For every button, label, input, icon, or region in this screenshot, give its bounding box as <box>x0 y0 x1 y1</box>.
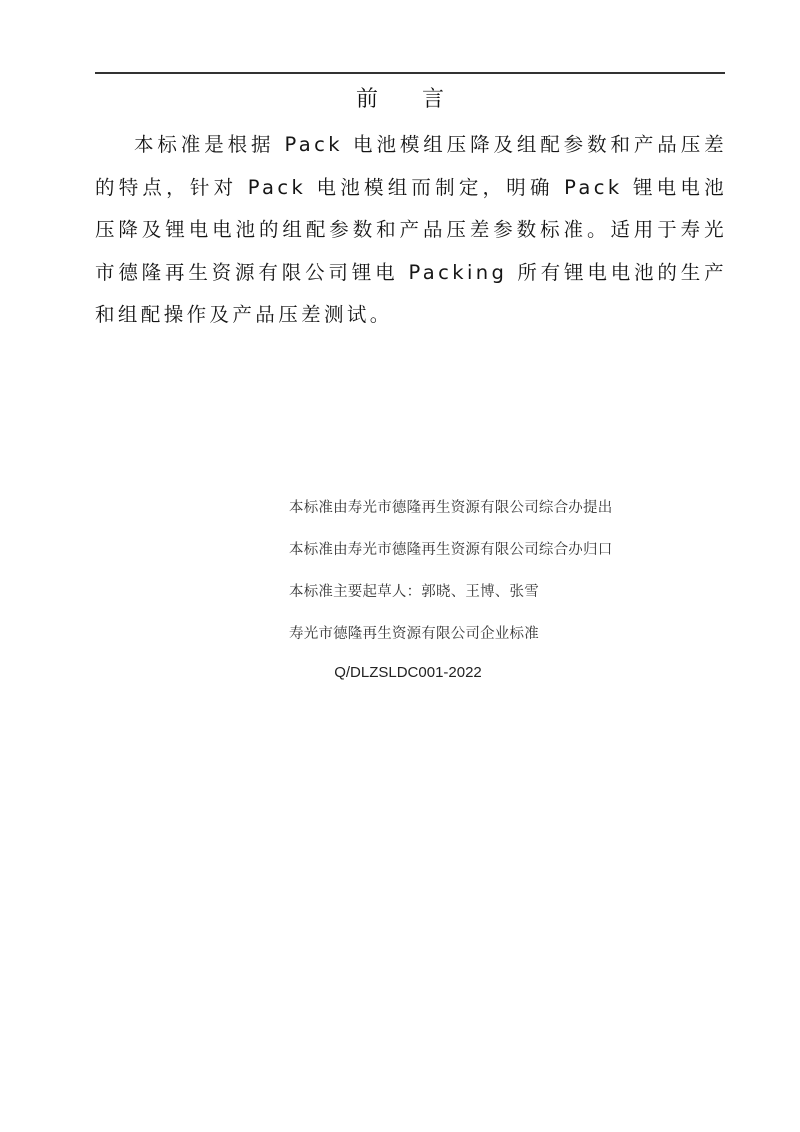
standard-code: Q/DLZSLDC001-2022 <box>0 664 800 681</box>
foreword-body: 本标准是根据 Pack 电池模组压降及组配参数和产品压差的特点，针对 Pack … <box>95 124 727 337</box>
page-title: 前言 <box>0 82 800 113</box>
proposed-by: 本标准由寿光市德隆再生资源有限公司综合办提出 <box>289 496 612 517</box>
title-char-2: 言 <box>422 82 444 113</box>
administered-by: 本标准由寿光市德隆再生资源有限公司综合办归口 <box>289 538 612 559</box>
enterprise-standard: 寿光市德隆再生资源有限公司企业标准 <box>289 622 539 643</box>
header-rule <box>95 72 725 74</box>
drafters: 本标准主要起草人：郭晓、王博、张雪 <box>289 580 539 601</box>
foreword-paragraph: 本标准是根据 Pack 电池模组压降及组配参数和产品压差的特点，针对 Pack … <box>95 124 727 337</box>
title-char-1: 前 <box>356 82 378 113</box>
